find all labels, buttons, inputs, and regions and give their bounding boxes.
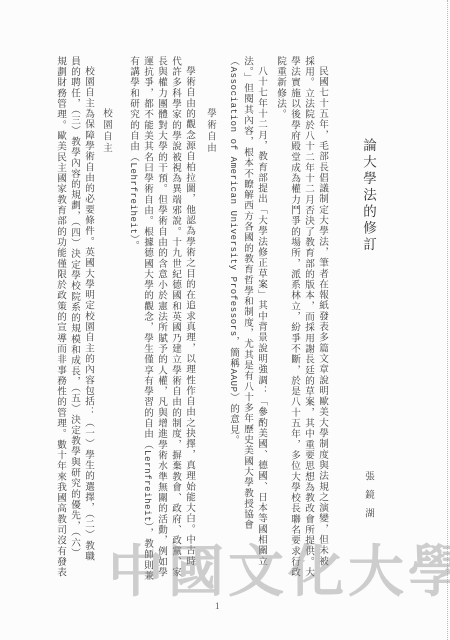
text-column-3: 學法實施以後學府殿堂成為權力鬥爭的場所，派系林立，紛爭不斷，於是八十五年，多位大…	[288, 56, 300, 578]
text-column-15: 規劃財務管理。歐美民主國家教育部的功能僅限於政策的宣導而非事務性的管理。數十年來…	[54, 56, 66, 578]
document-title: 論大學法的修訂	[358, 138, 378, 254]
column-12-text: 有講學和研究的自由（	[128, 56, 139, 163]
abbrev-label: ，簡稱	[228, 337, 239, 369]
column-7-tail: ）的意見。	[228, 393, 239, 446]
text-column-10: 長與權力團體對大學的干預。但學術自由的含意小於憲法所賦予的人權，凡與增進學術水準…	[155, 56, 167, 578]
text-column-1: 民國七十五年，毛部長倡議制定大學法，筆者在報紙發表多篇文章說明歐美大學制度與法規…	[316, 66, 328, 567]
text-column-5: 八十七年十二月，教育部提出「大學法修正草案」其中背景說明強調：「參酌美國、德國、…	[255, 66, 267, 567]
paren-open: （	[228, 56, 239, 67]
column-11-text: 運抗爭，都不能美其名曰學術自由。根據德國大學的觀念，學生僅享有學習的自由（	[142, 56, 153, 450]
heading-campus-autonomy: 校園自主	[99, 108, 113, 154]
document-page: 論大學法的修訂 張鏡湖 民國七十五年，毛部長倡議制定大學法，筆者在報紙發表多篇文…	[0, 0, 450, 640]
text-column-12: 有講學和研究的自由（Lehrfreiheit）。	[127, 56, 139, 251]
text-column-11: 運抗爭，都不能美其名曰學術自由。根據德國大學的觀念，學生僅享有學習的自由（Ler…	[141, 56, 153, 581]
text-column-13: 校園自主為保障學術自由的必要條件。英國大學明定校園自主的內容包括：（一）學生的選…	[82, 66, 94, 562]
column-11-tail: ），教師則兼	[142, 522, 153, 581]
text-column-14: 員的聘任，（三）教學內容的規劃，（四）決定學校院系的規模和成長，（五）決定教學與…	[68, 56, 80, 559]
author-name: 張鏡湖	[361, 471, 375, 527]
term-lehrfreiheit: Lehrfreiheit	[128, 163, 138, 235]
text-column-9: 代許多科學家的學說被視為異端邪說。十九世紀德國和英國乃建立學術自由的制度，摒棄教…	[169, 56, 181, 578]
text-column-7: （Association of American University Prof…	[227, 56, 239, 446]
column-12-tail: ）。	[128, 235, 139, 252]
text-column-4: 院重新修法。	[274, 56, 286, 120]
page-edge-divider	[447, 0, 448, 640]
term-lernfreiheit: Lernfreiheit	[142, 450, 152, 522]
text-column-6: 法。」但閱其內容，根本不瞭解西方各國的教育哲學和制度，尤其是有八十多年歷史美國大…	[241, 56, 253, 530]
page-number: 1	[215, 601, 220, 611]
text-column-8: 學術自由的觀念源自柏拉圖，他認為學術之目的在追求真理，以理性作自由之抉擇，真理始…	[183, 66, 195, 567]
heading-academic-freedom: 學術自由	[203, 108, 217, 154]
aaup-full-name: Association of American University Profe…	[228, 67, 238, 337]
text-column-2: 採用。立法院於八十二年十二月否決了教育部的版本，而採用謝長廷的草案，其中重要思想…	[302, 56, 314, 578]
aaup-abbrev: AAUP	[228, 369, 238, 393]
